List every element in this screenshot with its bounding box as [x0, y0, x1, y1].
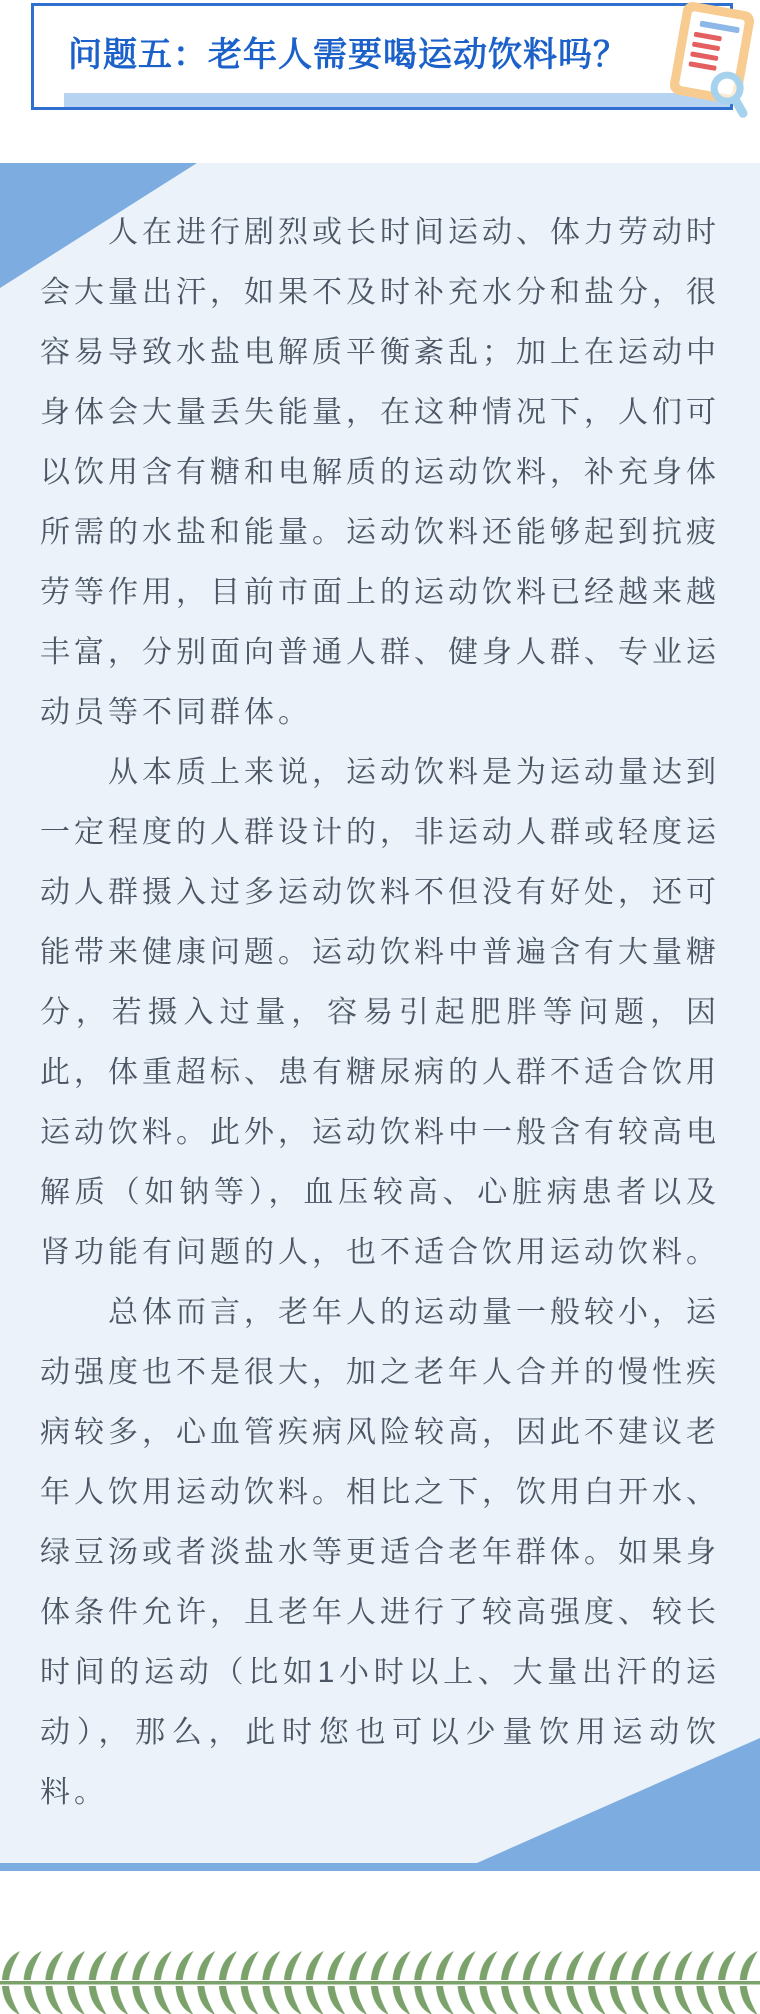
- notepad-blue-line: [699, 21, 739, 34]
- page-title: 问题五：老年人需要喝运动饮料吗？: [68, 6, 628, 97]
- article-text: 人在进行剧烈或长时间运动、体力劳动时会大量出汗，如果不及时补充水分和盐分，很容易…: [0, 163, 760, 1823]
- fern-leaf-border-decoration: [0, 1950, 760, 2014]
- content-bottom-strip: [0, 1863, 760, 1871]
- article-body: 人在进行剧烈或长时间运动、体力劳动时会大量出汗，如果不及时补充水分和盐分，很容易…: [0, 163, 760, 1871]
- notepad-red-line: [692, 41, 720, 51]
- paragraph-1: 人在进行剧烈或长时间运动、体力劳动时会大量出汗，如果不及时补充水分和盐分，很容易…: [40, 203, 720, 743]
- paragraph-2: 从本质上来说，运动饮料是为运动量达到一定程度的人群设计的，非运动人群或轻度运动人…: [40, 743, 720, 1283]
- article-page: 问题五：老年人需要喝运动饮料吗？ 人在进行剧烈或长时间运动、体力劳动时会大量出汗…: [0, 0, 760, 2014]
- paragraph-3: 总体而言，老年人的运动量一般较小，运动强度也不是很大，加之老年人合并的慢性疾病较…: [40, 1283, 720, 1823]
- question-header: 问题五：老年人需要喝运动饮料吗？: [31, 3, 733, 110]
- notepad-red-line: [694, 32, 722, 42]
- notepad-red-line: [690, 51, 718, 61]
- magnifier-icon: [704, 66, 757, 119]
- document-with-magnifier-icon: [668, 0, 755, 105]
